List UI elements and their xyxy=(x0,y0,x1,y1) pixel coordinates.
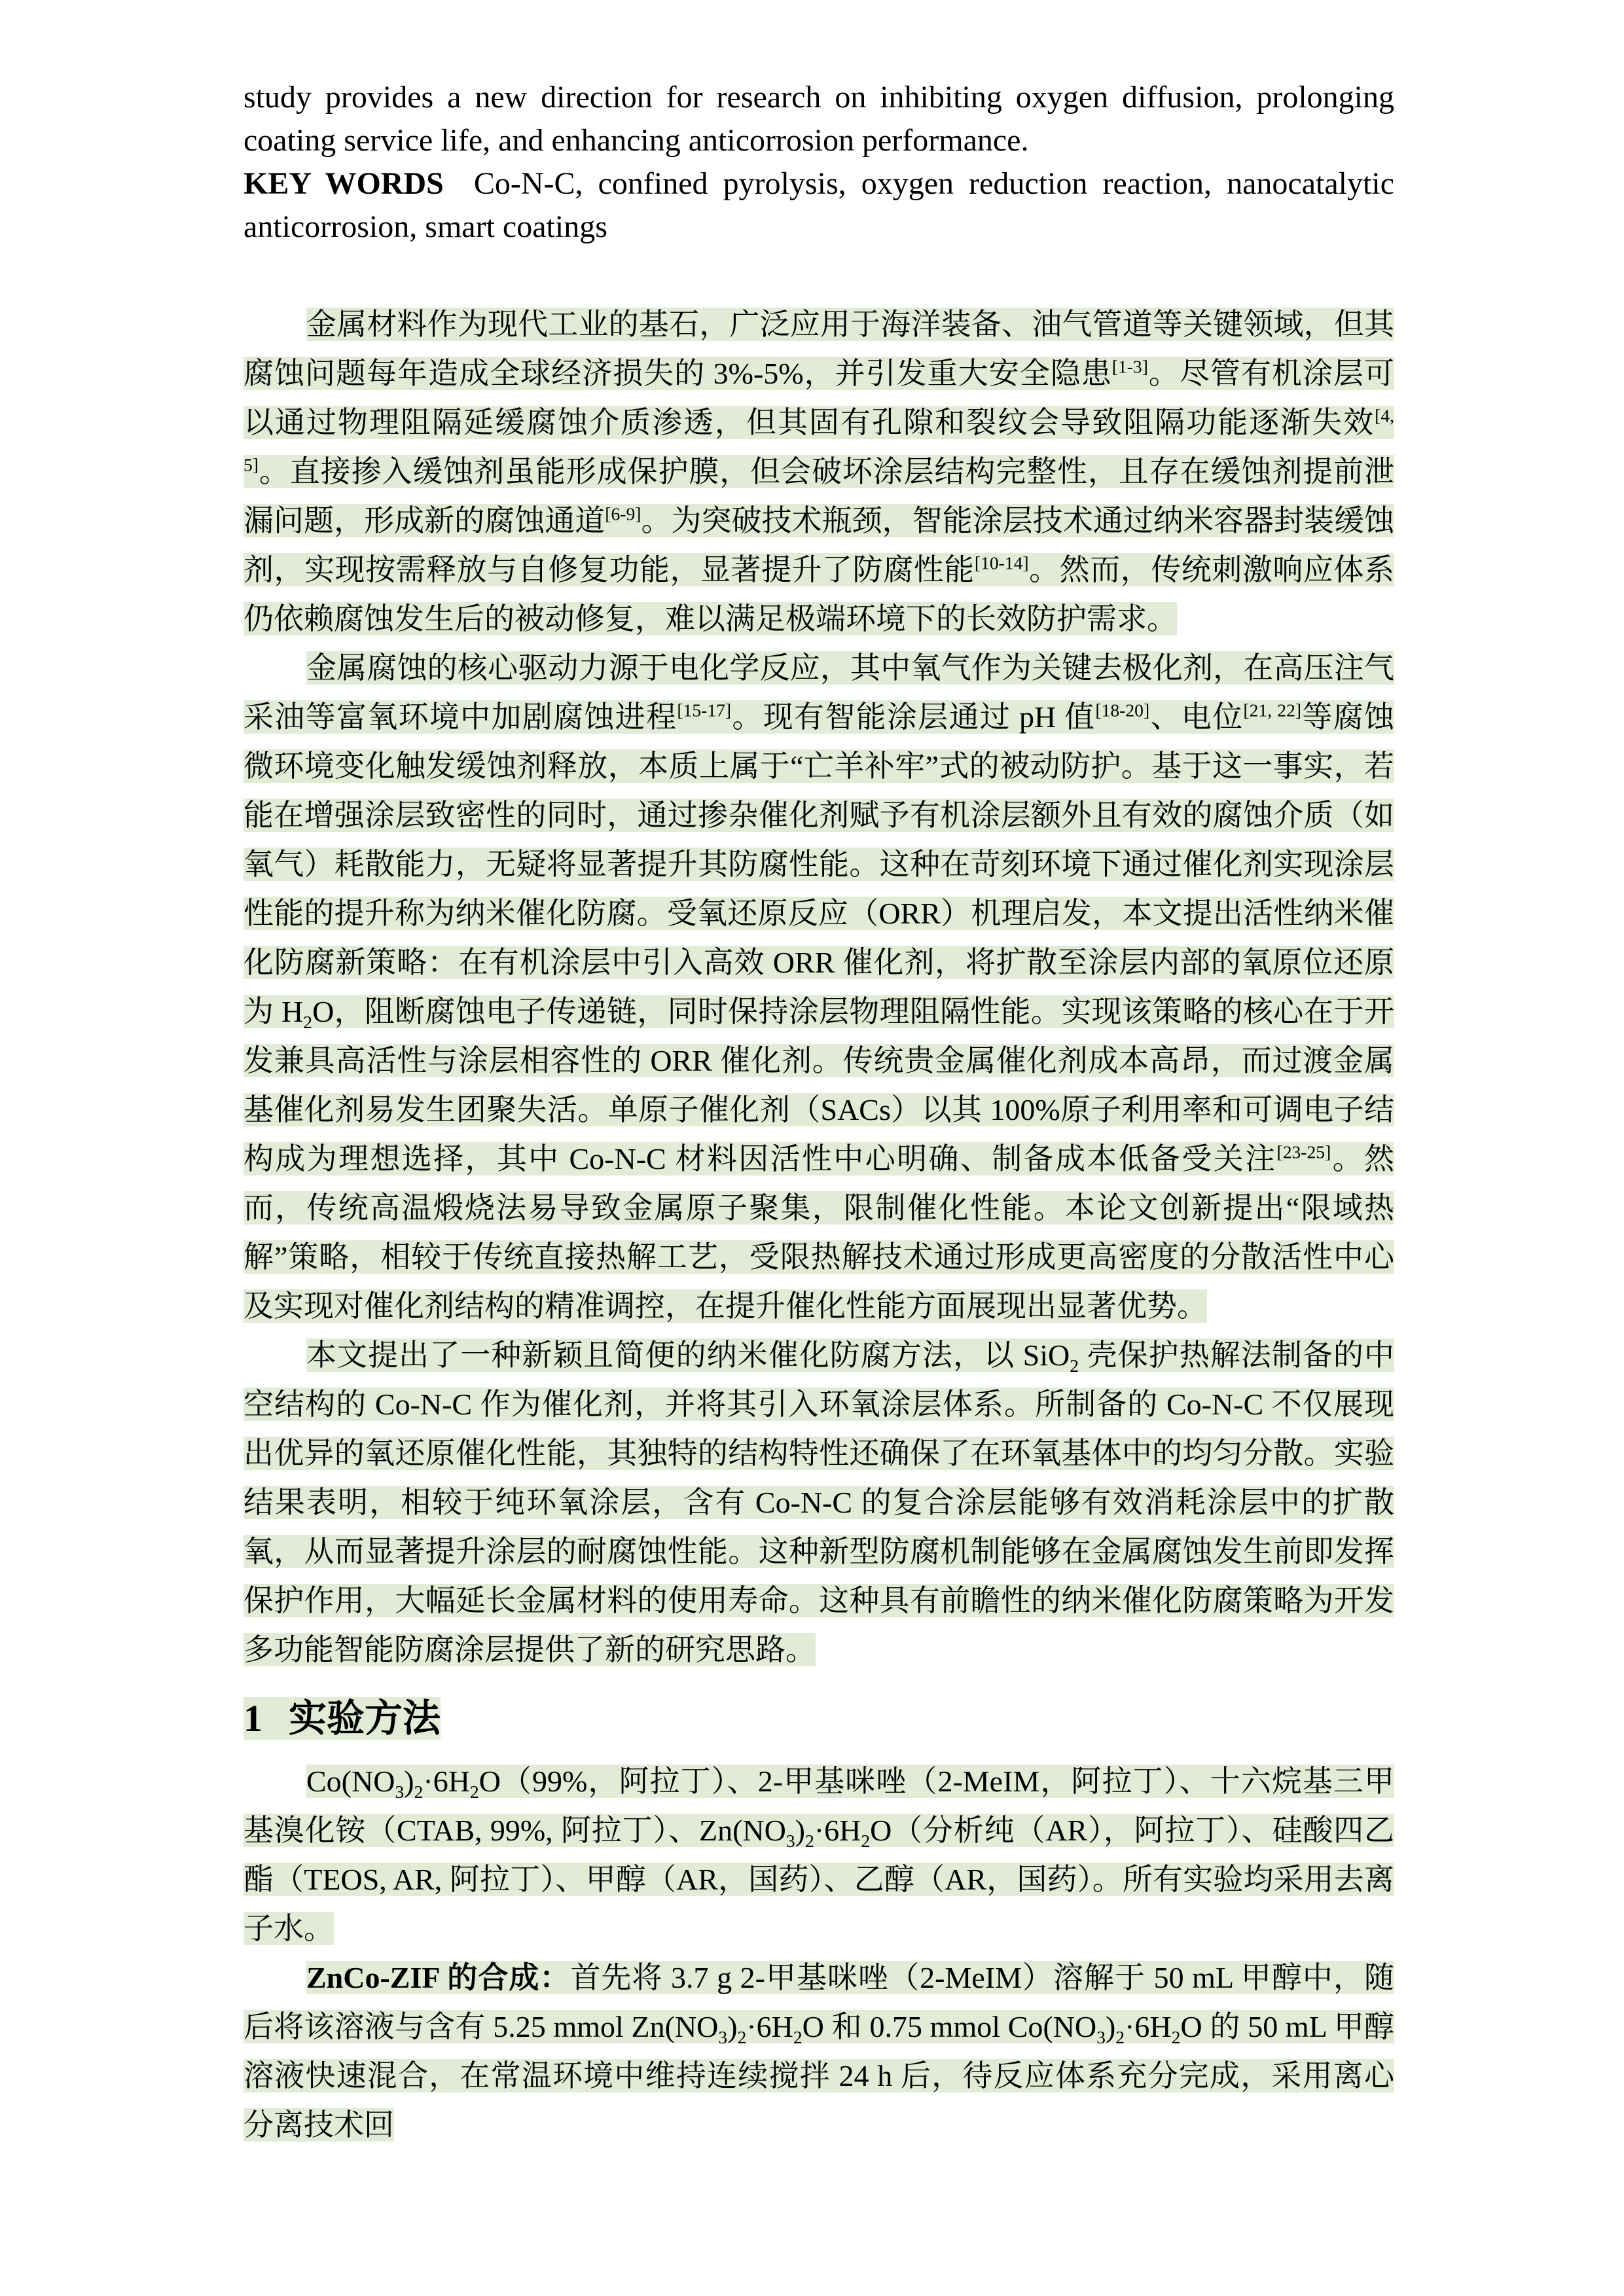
paragraph-reagents: Co(NO3)2·6H2O（99%，阿拉丁）、2-甲基咪唑（2-MeIM，阿拉丁… xyxy=(244,1757,1394,1953)
highlighted-text: ZnCo-ZIF 的合成：首先将 3.7 g 2-甲基咪唑（2-MeIM）溶解于… xyxy=(244,1961,1394,2142)
page-content: study provides a new direction for resea… xyxy=(244,76,1394,2149)
section-1-number: 1 xyxy=(244,1697,262,1740)
highlighted-text: 金属材料作为现代工业的基石，广泛应用于海洋装备、油气管道等关键领域，但其腐蚀问题… xyxy=(244,308,1394,636)
section-1-title: 实验方法 xyxy=(289,1697,441,1740)
paragraph-intro-2: 金属腐蚀的核心驱动力源于电化学反应，其中氧气作为关键去极化剂，在高压注气采油等富… xyxy=(244,643,1394,1331)
paragraph-intro-3: 本文提出了一种新颖且简便的纳米催化防腐方法，以 SiO2 壳保护热解法制备的中空… xyxy=(244,1331,1394,1674)
highlighted-text: Co(NO3)2·6H2O（99%，阿拉丁）、2-甲基咪唑（2-MeIM，阿拉丁… xyxy=(244,1765,1394,1945)
document-page: study provides a new direction for resea… xyxy=(0,0,1624,2296)
paragraph-znco-zif-synthesis: ZnCo-ZIF 的合成：首先将 3.7 g 2-甲基咪唑（2-MeIM）溶解于… xyxy=(244,1953,1394,2149)
keywords-label: KEY WORDS xyxy=(244,166,444,201)
paragraph-intro-1: 金属材料作为现代工业的基石，广泛应用于海洋装备、油气管道等关键领域，但其腐蚀问题… xyxy=(244,300,1394,643)
body-text-block: 金属材料作为现代工业的基石，广泛应用于海洋装备、油气管道等关键领域，但其腐蚀问题… xyxy=(244,300,1394,2149)
highlighted-text: 金属腐蚀的核心驱动力源于电化学反应，其中氧气作为关键去极化剂，在高压注气采油等富… xyxy=(244,651,1394,1323)
highlighted-text: 本文提出了一种新颖且简便的纳米催化防腐方法，以 SiO2 壳保护热解法制备的中空… xyxy=(244,1338,1394,1666)
abstract-continuation-text: study provides a new direction for resea… xyxy=(244,76,1394,162)
keywords-line: KEY WORDSCo-N-C, confined pyrolysis, oxy… xyxy=(244,162,1394,249)
highlighted-text: 1实验方法 xyxy=(244,1697,441,1740)
section-1-heading: 1实验方法 xyxy=(244,1691,1394,1746)
